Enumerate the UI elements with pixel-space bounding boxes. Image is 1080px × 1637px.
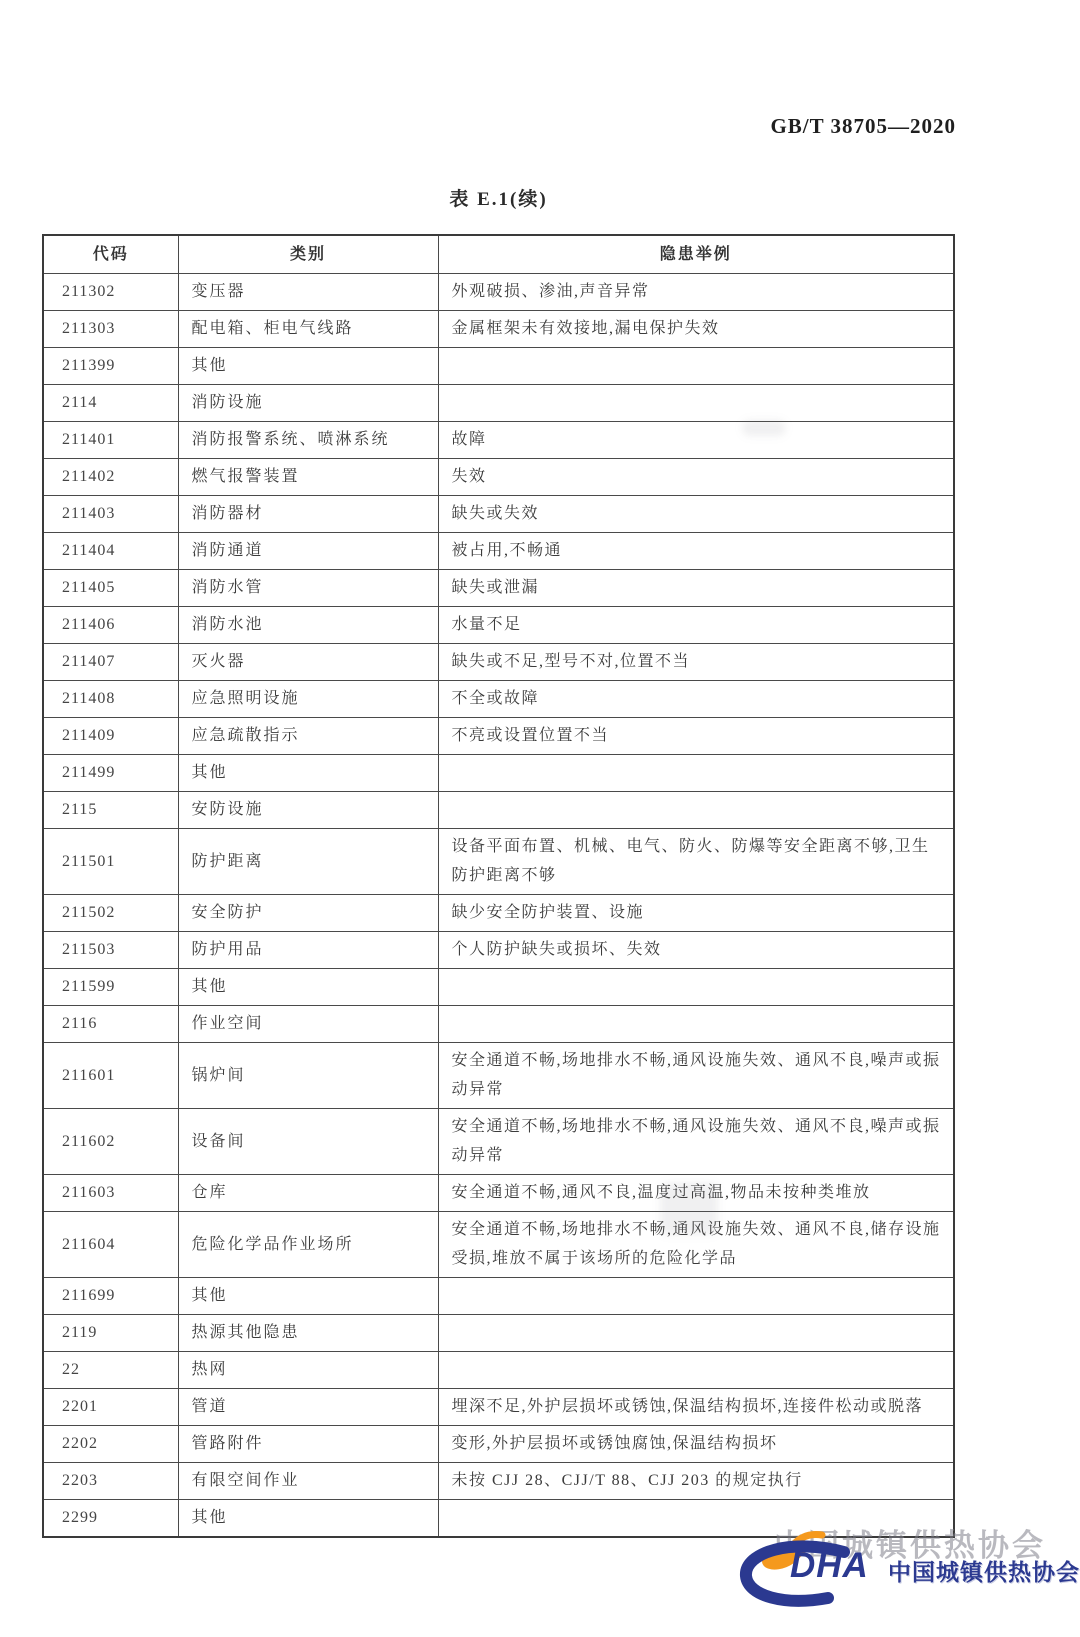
table-row: 211502安全防护缺少安全防护装置、设施 xyxy=(43,895,954,932)
example-cell: 故障 xyxy=(438,422,954,459)
code-cell: 211599 xyxy=(43,969,178,1006)
category-cell: 燃气报警装置 xyxy=(178,459,438,496)
table-row: 2114消防设施 xyxy=(43,385,954,422)
example-cell: 不全或故障 xyxy=(438,681,954,718)
example-cell xyxy=(438,1315,954,1352)
example-cell xyxy=(438,348,954,385)
table-row: 211602设备间安全通道不畅,场地排水不畅,通风设施失效、通风不良,噪声或振动… xyxy=(43,1109,954,1175)
table-row: 211302变压器外观破损、渗油,声音异常 xyxy=(43,274,954,311)
category-cell: 消防器材 xyxy=(178,496,438,533)
category-cell: 配电箱、柜电气线路 xyxy=(178,311,438,348)
code-cell: 211604 xyxy=(43,1212,178,1278)
code-cell: 211405 xyxy=(43,570,178,607)
code-cell: 2203 xyxy=(43,1463,178,1500)
example-cell: 金属框架未有效接地,漏电保护失效 xyxy=(438,311,954,348)
table-row: 211409应急疏散指示不亮或设置位置不当 xyxy=(43,718,954,755)
column-header-1: 代码 xyxy=(43,235,178,274)
category-cell: 危险化学品作业场所 xyxy=(178,1212,438,1278)
category-cell: 变压器 xyxy=(178,274,438,311)
category-cell: 其他 xyxy=(178,1500,438,1538)
code-cell: 211403 xyxy=(43,496,178,533)
category-cell: 防护用品 xyxy=(178,932,438,969)
category-cell: 热网 xyxy=(178,1352,438,1389)
cdha-logo: 中国城镇供热协会 DHA 中国城镇供热协会 xyxy=(732,1508,1080,1628)
category-cell: 有限空间作业 xyxy=(178,1463,438,1500)
example-cell: 设备平面布置、机械、电气、防火、防爆等安全距离不够,卫生防护距离不够 xyxy=(438,829,954,895)
code-cell: 211603 xyxy=(43,1175,178,1212)
table-row: 211401消防报警系统、喷淋系统故障 xyxy=(43,422,954,459)
category-cell: 防护距离 xyxy=(178,829,438,895)
table-row: 211601锅炉间安全通道不畅,场地排水不畅,通风设施失效、通风不良,噪声或振动… xyxy=(43,1043,954,1109)
example-cell: 变形,外护层损坏或锈蚀腐蚀,保温结构损坏 xyxy=(438,1426,954,1463)
example-cell: 缺少安全防护装置、设施 xyxy=(438,895,954,932)
code-cell: 211502 xyxy=(43,895,178,932)
example-cell xyxy=(438,792,954,829)
code-cell: 211399 xyxy=(43,348,178,385)
document-page: GB/T 38705—2020 表 E.1(续) 代码类别隐患举例 211302… xyxy=(0,0,1080,1637)
code-cell: 2299 xyxy=(43,1500,178,1538)
example-cell xyxy=(438,385,954,422)
category-cell: 锅炉间 xyxy=(178,1043,438,1109)
table-row: 2202管路附件变形,外护层损坏或锈蚀腐蚀,保温结构损坏 xyxy=(43,1426,954,1463)
code-cell: 211501 xyxy=(43,829,178,895)
table-row: 2115安防设施 xyxy=(43,792,954,829)
standard-number: GB/T 38705—2020 xyxy=(770,114,956,139)
table-row: 2201管道埋深不足,外护层损坏或锈蚀,保温结构损坏,连接件松动或脱落 xyxy=(43,1389,954,1426)
example-cell xyxy=(438,1006,954,1043)
code-cell: 22 xyxy=(43,1352,178,1389)
category-cell: 安全防护 xyxy=(178,895,438,932)
table-row: 211503防护用品个人防护缺失或损坏、失效 xyxy=(43,932,954,969)
code-cell: 2119 xyxy=(43,1315,178,1352)
code-cell: 2114 xyxy=(43,385,178,422)
table-row: 211603仓库安全通道不畅,通风不良,温度过高温,物品未按种类堆放 xyxy=(43,1175,954,1212)
table-row: 211404消防通道被占用,不畅通 xyxy=(43,533,954,570)
code-cell: 211406 xyxy=(43,607,178,644)
category-cell: 消防水管 xyxy=(178,570,438,607)
code-cell: 211499 xyxy=(43,755,178,792)
category-cell: 应急疏散指示 xyxy=(178,718,438,755)
example-cell: 被占用,不畅通 xyxy=(438,533,954,570)
example-cell: 缺失或失效 xyxy=(438,496,954,533)
code-cell: 2116 xyxy=(43,1006,178,1043)
category-cell: 消防报警系统、喷淋系统 xyxy=(178,422,438,459)
code-cell: 211699 xyxy=(43,1278,178,1315)
code-cell: 211404 xyxy=(43,533,178,570)
example-cell: 外观破损、渗油,声音异常 xyxy=(438,274,954,311)
category-cell: 热源其他隐患 xyxy=(178,1315,438,1352)
category-cell: 管路附件 xyxy=(178,1426,438,1463)
table-row: 211599其他 xyxy=(43,969,954,1006)
category-cell: 灭火器 xyxy=(178,644,438,681)
category-cell: 其他 xyxy=(178,969,438,1006)
example-cell: 失效 xyxy=(438,459,954,496)
category-cell: 其他 xyxy=(178,755,438,792)
code-cell: 211401 xyxy=(43,422,178,459)
code-cell: 2201 xyxy=(43,1389,178,1426)
code-cell: 2115 xyxy=(43,792,178,829)
category-cell: 安防设施 xyxy=(178,792,438,829)
table-title: 表 E.1(续) xyxy=(42,184,955,211)
table-row: 211407灭火器缺失或不足,型号不对,位置不当 xyxy=(43,644,954,681)
code-cell: 211601 xyxy=(43,1043,178,1109)
code-cell: 211402 xyxy=(43,459,178,496)
category-cell: 管道 xyxy=(178,1389,438,1426)
table-row: 211399其他 xyxy=(43,348,954,385)
scan-smudge xyxy=(742,420,786,436)
code-cell: 211408 xyxy=(43,681,178,718)
table-row: 2116作业空间 xyxy=(43,1006,954,1043)
table-row: 2203有限空间作业未按 CJJ 28、CJJ/T 88、CJJ 203 的规定… xyxy=(43,1463,954,1500)
example-cell xyxy=(438,1352,954,1389)
example-cell: 水量不足 xyxy=(438,607,954,644)
table-row: 211403消防器材缺失或失效 xyxy=(43,496,954,533)
example-cell: 安全通道不畅,场地排水不畅,通风设施失效、通风不良,噪声或振动异常 xyxy=(438,1043,954,1109)
example-cell: 不亮或设置位置不当 xyxy=(438,718,954,755)
category-cell: 其他 xyxy=(178,1278,438,1315)
example-cell: 埋深不足,外护层损坏或锈蚀,保温结构损坏,连接件松动或脱落 xyxy=(438,1389,954,1426)
category-cell: 作业空间 xyxy=(178,1006,438,1043)
code-cell: 211302 xyxy=(43,274,178,311)
example-cell: 缺失或泄漏 xyxy=(438,570,954,607)
category-cell: 仓库 xyxy=(178,1175,438,1212)
table-row: 211405消防水管缺失或泄漏 xyxy=(43,570,954,607)
code-cell: 211602 xyxy=(43,1109,178,1175)
column-header-3: 隐患举例 xyxy=(438,235,954,274)
logo-association-name: 中国城镇供热协会 xyxy=(888,1554,1080,1587)
example-cell xyxy=(438,1278,954,1315)
logo-acronym: DHA xyxy=(790,1546,869,1586)
hazard-table: 代码类别隐患举例 211302变压器外观破损、渗油,声音异常211303配电箱、… xyxy=(42,234,955,1538)
table-row: 211406消防水池水量不足 xyxy=(43,607,954,644)
example-cell xyxy=(438,969,954,1006)
example-cell: 缺失或不足,型号不对,位置不当 xyxy=(438,644,954,681)
table-row: 211604危险化学品作业场所安全通道不畅,场地排水不畅,通风设施失效、通风不良… xyxy=(43,1212,954,1278)
scan-smudge xyxy=(660,1183,718,1235)
category-cell: 应急照明设施 xyxy=(178,681,438,718)
table-row: 211408应急照明设施不全或故障 xyxy=(43,681,954,718)
table-row: 211402燃气报警装置失效 xyxy=(43,459,954,496)
table-row: 22热网 xyxy=(43,1352,954,1389)
category-cell: 设备间 xyxy=(178,1109,438,1175)
table-row: 211499其他 xyxy=(43,755,954,792)
category-cell: 消防设施 xyxy=(178,385,438,422)
code-cell: 211409 xyxy=(43,718,178,755)
category-cell: 其他 xyxy=(178,348,438,385)
code-cell: 211303 xyxy=(43,311,178,348)
category-cell: 消防通道 xyxy=(178,533,438,570)
example-cell: 个人防护缺失或损坏、失效 xyxy=(438,932,954,969)
example-cell: 未按 CJJ 28、CJJ/T 88、CJJ 203 的规定执行 xyxy=(438,1463,954,1500)
table-row: 211699其他 xyxy=(43,1278,954,1315)
code-cell: 2202 xyxy=(43,1426,178,1463)
code-cell: 211503 xyxy=(43,932,178,969)
table-row: 2119热源其他隐患 xyxy=(43,1315,954,1352)
code-cell: 211407 xyxy=(43,644,178,681)
example-cell: 安全通道不畅,场地排水不畅,通风设施失效、通风不良,噪声或振动异常 xyxy=(438,1109,954,1175)
table-row: 211501防护距离设备平面布置、机械、电气、防火、防爆等安全距离不够,卫生防护… xyxy=(43,829,954,895)
table-row: 211303配电箱、柜电气线路金属框架未有效接地,漏电保护失效 xyxy=(43,311,954,348)
example-cell xyxy=(438,755,954,792)
column-header-2: 类别 xyxy=(178,235,438,274)
category-cell: 消防水池 xyxy=(178,607,438,644)
table-header-row: 代码类别隐患举例 xyxy=(43,235,954,274)
